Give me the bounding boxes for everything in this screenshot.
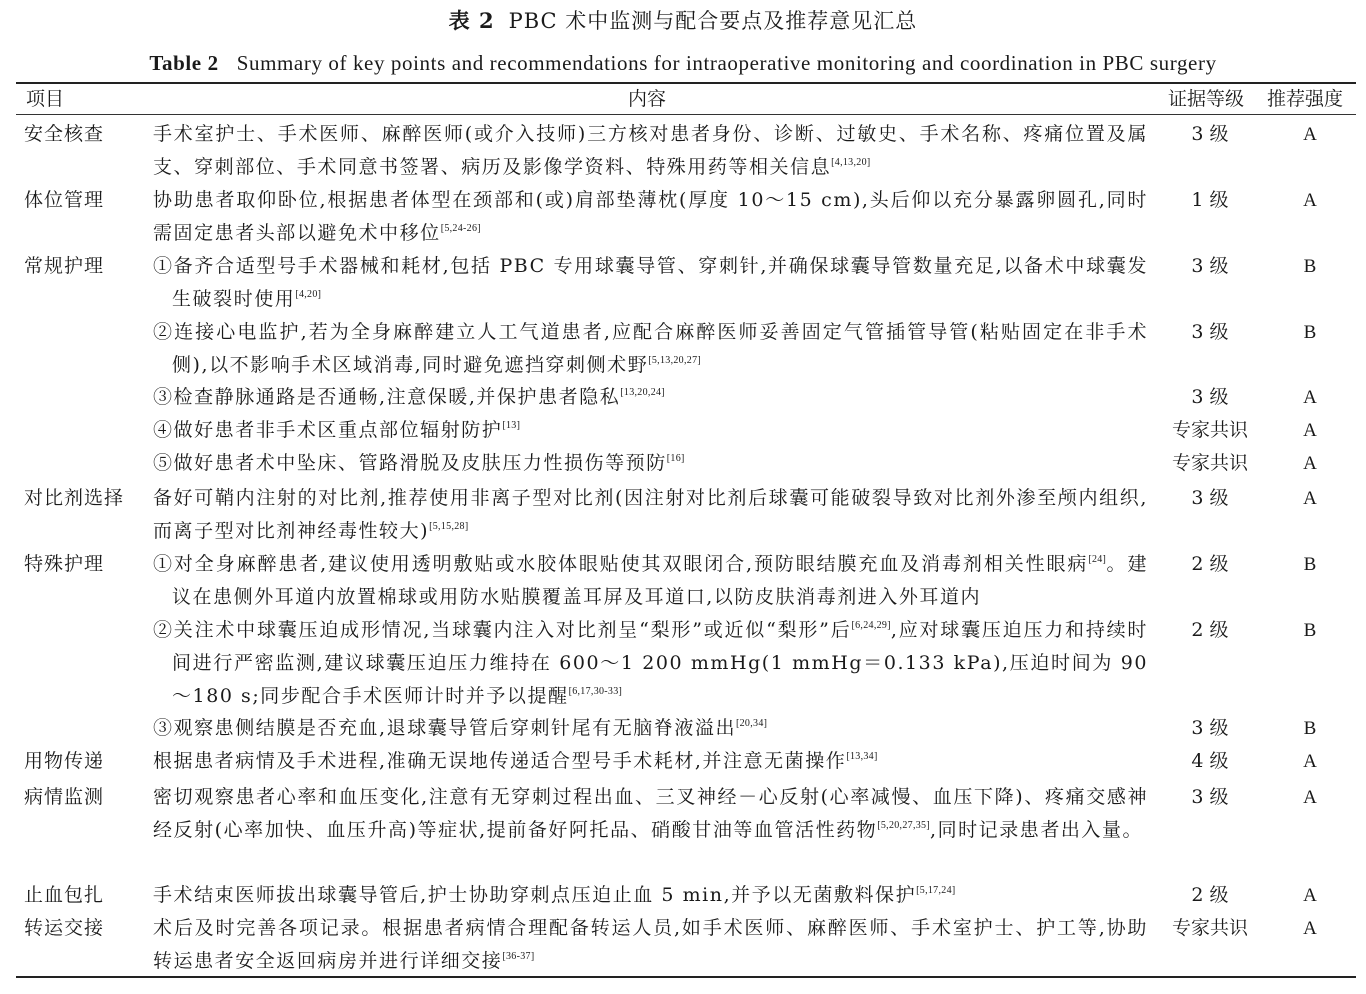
table-label-english: Table 2 xyxy=(149,51,218,75)
table-label-chinese: 表 2 xyxy=(449,8,495,33)
row-recommendation: A xyxy=(1280,447,1340,480)
table-caption-chinese: PBC 术中监测与配合要点及推荐意见汇总 xyxy=(509,9,918,33)
row-content: 手术室护士、手术医师、麻醉医师(或介入技师)三方核对患者身份、诊断、过敏史、手术… xyxy=(153,118,1148,184)
row-content: 密切观察患者心率和血压变化,注意有无穿刺过程出血、三叉神经－心反射(心率减慢、血… xyxy=(153,781,1148,847)
row-evidence-level: 3 级 xyxy=(1160,482,1260,515)
row-evidence-level: 2 级 xyxy=(1160,548,1260,581)
citation: [5,15,28] xyxy=(429,521,468,532)
citation: [4,13,20] xyxy=(831,157,870,168)
citation: [6,24,29] xyxy=(851,620,890,631)
citation: [5,13,20,27] xyxy=(648,355,701,366)
citation: [13,20,24] xyxy=(620,387,665,398)
row-item: 体位管理 xyxy=(24,184,144,217)
table-top-rule xyxy=(16,82,1356,84)
row-evidence-level: 1 级 xyxy=(1160,184,1260,217)
row-item: 安全核查 xyxy=(24,118,144,151)
row-recommendation: B xyxy=(1280,548,1340,581)
header-item: 项目 xyxy=(26,86,64,112)
citation: [24] xyxy=(1088,554,1106,565)
row-content: ②连接心电监护,若为全身麻醉建立人工气道患者,应配合麻醉医师妥善固定气管插管导管… xyxy=(153,316,1148,382)
citation: [20,34] xyxy=(736,718,767,729)
row-content: 备好可鞘内注射的对比剂,推荐使用非离子型对比剂(因注射对比剂后球囊可能破裂导致对… xyxy=(153,482,1148,548)
row-recommendation: A xyxy=(1280,184,1340,217)
row-content: ④做好患者非手术区重点部位辐射防护[13] xyxy=(153,414,1148,447)
row-recommendation: B xyxy=(1280,614,1340,647)
citation: [16] xyxy=(667,453,685,464)
row-evidence-level: 专家共识 xyxy=(1160,447,1260,480)
row-recommendation: A xyxy=(1280,879,1340,912)
citation: [13,34] xyxy=(846,751,877,762)
row-recommendation: A xyxy=(1280,118,1340,151)
row-evidence-level: 3 级 xyxy=(1160,250,1260,283)
row-recommendation: B xyxy=(1280,712,1340,745)
row-content: 术后及时完善各项记录。根据患者病情合理配备转运人员,如手术医师、麻醉医师、手术室… xyxy=(153,912,1148,978)
row-content: ②关注术中球囊压迫成形情况,当球囊内注入对比剂呈“梨形”或近似“梨形”后[6,2… xyxy=(153,614,1148,713)
row-recommendation: A xyxy=(1280,381,1340,414)
row-item: 常规护理 xyxy=(24,250,144,283)
row-evidence-level: 3 级 xyxy=(1160,118,1260,151)
table-bottom-rule xyxy=(16,976,1356,978)
header-recommendation-strength: 推荐强度 xyxy=(1267,86,1343,112)
header-content: 内容 xyxy=(628,86,666,112)
row-evidence-level: 4 级 xyxy=(1160,745,1260,778)
citation: [4,20] xyxy=(295,289,321,300)
row-content: ①对全身麻醉患者,建议使用透明敷贴或水胶体眼贴使其双眼闭合,预防眼结膜充血及消毒… xyxy=(153,548,1148,614)
citation: [5,17,24] xyxy=(916,885,955,896)
row-evidence-level: 3 级 xyxy=(1160,316,1260,349)
header-evidence-level: 证据等级 xyxy=(1168,86,1244,112)
row-evidence-level: 3 级 xyxy=(1160,712,1260,745)
row-content: ⑤做好患者术中坠床、管路滑脱及皮肤压力性损伤等预防[16] xyxy=(153,447,1148,480)
citation: [36-37] xyxy=(502,951,534,962)
row-content: 根据患者病情及手术进程,准确无误地传递适合型号手术耗材,并注意无菌操作[13,3… xyxy=(153,745,1148,778)
row-evidence-level: 专家共识 xyxy=(1160,912,1260,945)
row-evidence-level: 3 级 xyxy=(1160,781,1260,814)
row-item: 转运交接 xyxy=(24,912,144,945)
row-recommendation: A xyxy=(1280,781,1340,814)
row-recommendation: A xyxy=(1280,414,1340,447)
citation: [13] xyxy=(502,420,520,431)
row-evidence-level: 2 级 xyxy=(1160,879,1260,912)
row-evidence-level: 专家共识 xyxy=(1160,414,1260,447)
table-title-english: Table 2Summary of key points and recomme… xyxy=(0,48,1366,78)
table-caption-english: Summary of key points and recommendation… xyxy=(237,51,1217,75)
table-title-chinese: 表 2PBC 术中监测与配合要点及推荐意见汇总 xyxy=(0,6,1366,36)
row-item: 特殊护理 xyxy=(24,548,144,581)
row-recommendation: B xyxy=(1280,250,1340,283)
row-recommendation: B xyxy=(1280,316,1340,349)
row-content: ③观察患侧结膜是否充血,退球囊导管后穿刺针尾有无脑脊液溢出[20,34] xyxy=(153,712,1148,745)
row-evidence-level: 3 级 xyxy=(1160,381,1260,414)
row-recommendation: A xyxy=(1280,912,1340,945)
row-content: 手术结束医师拔出球囊导管后,护士协助穿刺点压迫止血 5 min,并予以无菌敷料保… xyxy=(153,879,1148,912)
row-content: 协助患者取仰卧位,根据患者体型在颈部和(或)肩部垫薄枕(厚度 10～15 cm)… xyxy=(153,184,1148,250)
row-item: 病情监测 xyxy=(24,781,144,814)
citation: [5,20,27,35] xyxy=(877,820,930,831)
row-evidence-level: 2 级 xyxy=(1160,614,1260,647)
row-recommendation: A xyxy=(1280,745,1340,778)
row-recommendation: A xyxy=(1280,482,1340,515)
row-item: 用物传递 xyxy=(24,745,144,778)
row-content: ③检查静脉通路是否通畅,注意保暖,并保护患者隐私[13,20,24] xyxy=(153,381,1148,414)
table-header-rule xyxy=(16,114,1356,115)
citation: [6,17,30-33] xyxy=(569,686,623,697)
citation: [5,24-26] xyxy=(441,223,481,234)
row-item: 对比剂选择 xyxy=(24,482,144,515)
row-content: ①备齐合适型号手术器械和耗材,包括 PBC 专用球囊导管、穿刺针,并确保球囊导管… xyxy=(153,250,1148,316)
row-item: 止血包扎 xyxy=(24,879,144,912)
